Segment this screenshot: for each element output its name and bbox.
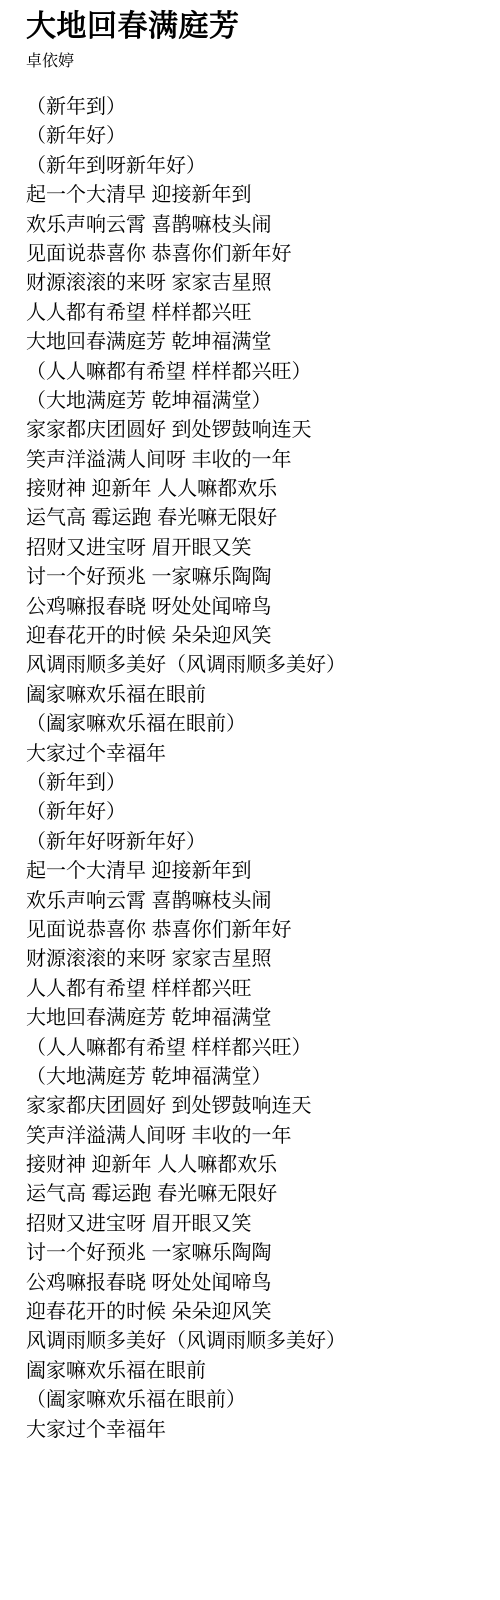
lyric-line: 讨一个好预兆 一家嘛乐陶陶	[26, 563, 490, 592]
lyric-line: （人人嘛都有希望 样样都兴旺）	[26, 358, 490, 387]
lyric-line: （新年好呀新年好）	[26, 828, 490, 857]
lyric-line: 大家过个幸福年	[26, 1416, 490, 1445]
lyric-line: 迎春花开的时候 朵朵迎风笑	[26, 622, 490, 651]
lyric-line: （阖家嘛欢乐福在眼前）	[26, 1386, 490, 1415]
lyric-line: （新年好）	[26, 798, 490, 827]
lyric-line: 欢乐声响云霄 喜鹊嘛枝头闹	[26, 887, 490, 916]
lyric-line: 家家都庆团圆好 到处锣鼓响连天	[26, 416, 490, 445]
lyric-line: （人人嘛都有希望 样样都兴旺）	[26, 1034, 490, 1063]
lyric-line: 见面说恭喜你 恭喜你们新年好	[26, 916, 490, 945]
lyric-line: 人人都有希望 样样都兴旺	[26, 975, 490, 1004]
lyric-line: 家家都庆团圆好 到处锣鼓响连天	[26, 1092, 490, 1121]
lyric-line: 大家过个幸福年	[26, 740, 490, 769]
lyric-line: 运气高 霉运跑 春光嘛无限好	[26, 504, 490, 533]
lyric-line: 公鸡嘛报春晓 呀处处闻啼鸟	[26, 1269, 490, 1298]
lyrics-list: （新年到）（新年好）（新年到呀新年好）起一个大清早 迎接新年到欢乐声响云霄 喜鹊…	[26, 93, 490, 1445]
lyric-line: 见面说恭喜你 恭喜你们新年好	[26, 240, 490, 269]
lyric-line: 接财神 迎新年 人人嘛都欢乐	[26, 1151, 490, 1180]
lyric-line: 阖家嘛欢乐福在眼前	[26, 681, 490, 710]
lyric-line: 运气高 霉运跑 春光嘛无限好	[26, 1180, 490, 1209]
lyrics-page: 大地回春满庭芳 卓依婷 （新年到）（新年好）（新年到呀新年好）起一个大清早 迎接…	[0, 0, 500, 1445]
lyric-line: （大地满庭芳 乾坤福满堂）	[26, 1063, 490, 1092]
lyric-line: 招财又进宝呀 眉开眼又笑	[26, 534, 490, 563]
lyric-line: 笑声洋溢满人间呀 丰收的一年	[26, 446, 490, 475]
lyric-line: 人人都有希望 样样都兴旺	[26, 299, 490, 328]
lyric-line: 财源滚滚的来呀 家家吉星照	[26, 269, 490, 298]
lyric-line: 公鸡嘛报春晓 呀处处闻啼鸟	[26, 593, 490, 622]
lyric-line: （新年好）	[26, 122, 490, 151]
lyric-line: 大地回春满庭芳 乾坤福满堂	[26, 1004, 490, 1033]
lyric-line: （大地满庭芳 乾坤福满堂）	[26, 387, 490, 416]
lyric-line: 风调雨顺多美好（风调雨顺多美好）	[26, 651, 490, 680]
lyric-line: （新年到呀新年好）	[26, 152, 490, 181]
lyric-line: （新年到）	[26, 93, 490, 122]
lyric-line: 起一个大清早 迎接新年到	[26, 181, 490, 210]
lyric-line: 大地回春满庭芳 乾坤福满堂	[26, 328, 490, 357]
lyric-line: 迎春花开的时候 朵朵迎风笑	[26, 1298, 490, 1327]
lyric-line: （新年到）	[26, 769, 490, 798]
lyric-line: 风调雨顺多美好（风调雨顺多美好）	[26, 1327, 490, 1356]
lyric-line: 接财神 迎新年 人人嘛都欢乐	[26, 475, 490, 504]
artist-name: 卓依婷	[26, 51, 490, 72]
lyric-line: 笑声洋溢满人间呀 丰收的一年	[26, 1122, 490, 1151]
lyric-line: （阖家嘛欢乐福在眼前）	[26, 710, 490, 739]
lyric-line: 起一个大清早 迎接新年到	[26, 857, 490, 886]
lyric-line: 阖家嘛欢乐福在眼前	[26, 1357, 490, 1386]
lyric-line: 讨一个好预兆 一家嘛乐陶陶	[26, 1239, 490, 1268]
lyric-line: 招财又进宝呀 眉开眼又笑	[26, 1210, 490, 1239]
lyric-line: 财源滚滚的来呀 家家吉星照	[26, 945, 490, 974]
lyric-line: 欢乐声响云霄 喜鹊嘛枝头闹	[26, 211, 490, 240]
song-title: 大地回春满庭芳	[26, 8, 490, 46]
